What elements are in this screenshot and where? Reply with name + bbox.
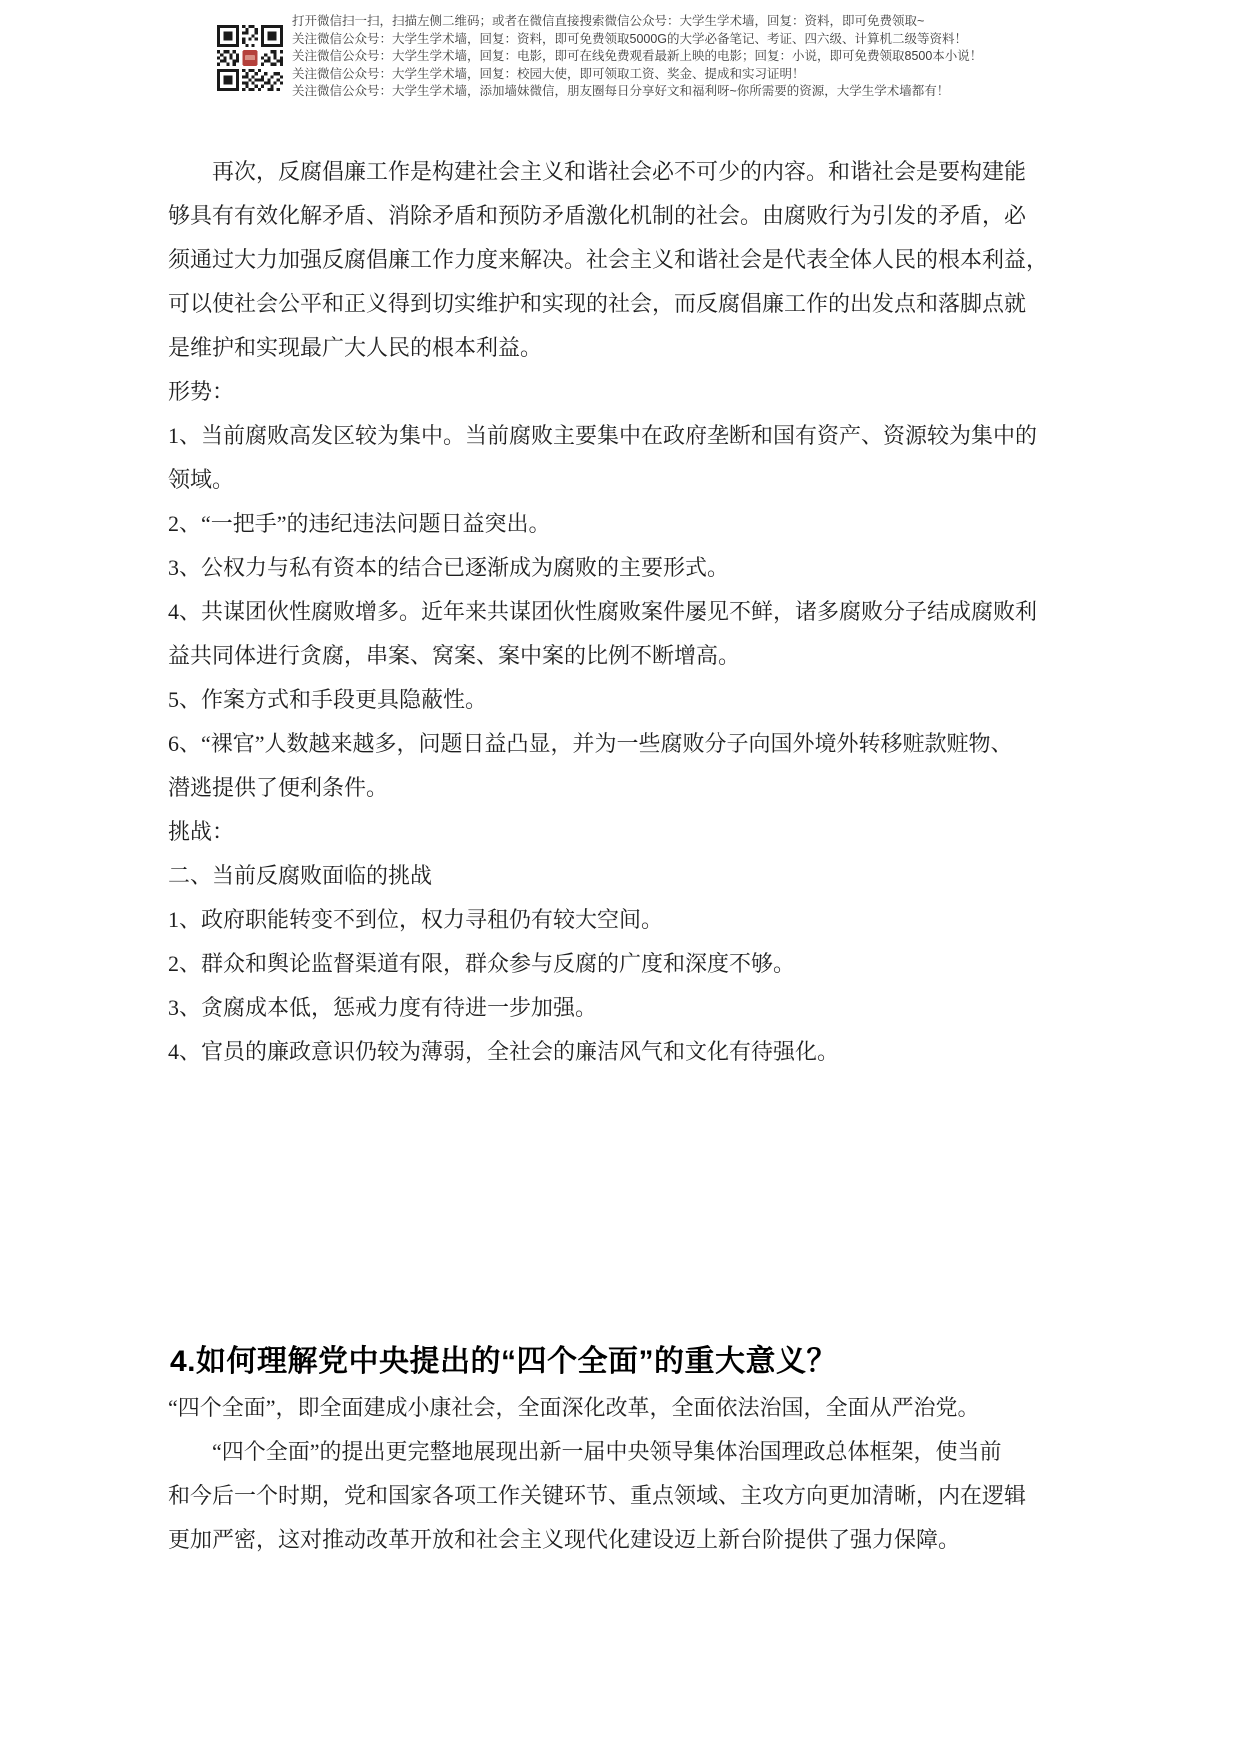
body-line: 再次，反腐倡廉工作是构建社会主义和谐社会必不可少的内容。和谐社会是要构建能 xyxy=(168,150,1083,194)
body-line: 够具有有效化解矛盾、消除矛盾和预防矛盾激化机制的社会。由腐败行为引发的矛盾，必 xyxy=(168,194,1083,238)
body-line: 须通过大力加强反腐倡廉工作力度来解决。社会主义和谐社会是代表全体人民的根本利益， xyxy=(168,238,1083,282)
body-text-block: 再次，反腐倡廉工作是构建社会主义和谐社会必不可少的内容。和谐社会是要构建能 够具… xyxy=(168,150,1083,1074)
body-line-list-item: 1、当前腐败高发区较为集中。当前腐败主要集中在政府垄断和国有资产、资源较为集中的 xyxy=(168,414,1083,458)
body-line: 是维护和实现最广大人民的根本利益。 xyxy=(168,326,1083,370)
body-line-list-item: 3、贪腐成本低，惩戒力度有待进一步加强。 xyxy=(168,986,1083,1030)
body-line-list-item: 2、“一把手”的违纪违法问题日益突出。 xyxy=(168,502,1083,546)
header-promo-line: 关注微信公众号：大学生学术墙，回复：校园大使，即可领取工资、奖金、提成和实习证明… xyxy=(292,66,1092,84)
body-line-list-item: 4、共谋团伙性腐败增多。近年来共谋团伙性腐败案件屡见不鲜，诸多腐败分子结成腐败利 xyxy=(168,590,1083,634)
body-line: 潜逃提供了便利条件。 xyxy=(168,766,1083,810)
wechat-qr-code-icon xyxy=(217,14,283,102)
header-promo-line: 关注微信公众号：大学生学术墙，回复：资料，即可免费领取5000G的大学必备笔记、… xyxy=(292,31,1092,49)
body-line-list-item: 3、公权力与私有资本的结合已逐渐成为腐败的主要形式。 xyxy=(168,546,1083,590)
body-line: 益共同体进行贪腐，串案、窝案、案中案的比例不断增高。 xyxy=(168,634,1083,678)
document-page: 打开微信扫一扫，扫描左侧二维码；或者在微信直接搜索微信公众号：大学生学术墙，回复… xyxy=(0,0,1240,1755)
body-line-list-item: 2、群众和舆论监督渠道有限，群众参与反腐的广度和深度不够。 xyxy=(168,942,1083,986)
header-promo-lines: 打开微信扫一扫，扫描左侧二维码；或者在微信直接搜索微信公众号：大学生学术墙，回复… xyxy=(292,13,1092,101)
body-line: 领域。 xyxy=(168,458,1083,502)
body-line-subheading: 二、当前反腐败面临的挑战 xyxy=(168,854,1083,898)
section-text-block: “四个全面”，即全面建成小康社会，全面深化改革，全面依法治国，全面从严治党。 “… xyxy=(168,1386,1098,1562)
header-promo-line: 关注微信公众号：大学生学术墙，回复：电影，即可在线免费观看最新上映的电影；回复：… xyxy=(292,48,1092,66)
body-line-situation-label: 形势： xyxy=(168,370,1083,414)
section-line: 和今后一个时期，党和国家各项工作关键环节、重点领域、主攻方向更加清晰，内在逻辑 xyxy=(168,1474,1098,1518)
section-line: “四个全面”的提出更完整地展现出新一届中央领导集体治国理政总体框架，使当前 xyxy=(168,1430,1098,1474)
section-line: 更加严密，这对推动改革开放和社会主义现代化建设迈上新台阶提供了强力保障。 xyxy=(168,1518,1098,1562)
body-line-list-item: 1、政府职能转变不到位，权力寻租仍有较大空间。 xyxy=(168,898,1083,942)
body-line-list-item: 4、官员的廉政意识仍较为薄弱，全社会的廉洁风气和文化有待强化。 xyxy=(168,1030,1083,1074)
body-line-list-item: 6、“裸官”人数越来越多，问题日益凸显，并为一些腐败分子向国外境外转移赃款赃物、 xyxy=(168,722,1083,766)
body-line-challenge-label: 挑战： xyxy=(168,810,1083,854)
section-line: “四个全面”，即全面建成小康社会，全面深化改革，全面依法治国，全面从严治党。 xyxy=(168,1386,1098,1430)
body-line-list-item: 5、作案方式和手段更具隐蔽性。 xyxy=(168,678,1083,722)
body-line: 可以使社会公平和正义得到切实维护和实现的社会，而反腐倡廉工作的出发点和落脚点就 xyxy=(168,282,1083,326)
page-header: 打开微信扫一扫，扫描左侧二维码；或者在微信直接搜索微信公众号：大学生学术墙，回复… xyxy=(0,0,1240,110)
header-promo-line: 打开微信扫一扫，扫描左侧二维码；或者在微信直接搜索微信公众号：大学生学术墙，回复… xyxy=(292,13,1092,31)
section-heading: 4.如何理解党中央提出的“四个全面”的重大意义？ xyxy=(170,1336,1170,1380)
header-promo-line: 关注微信公众号：大学生学术墙，添加墙妹微信，朋友圈每日分享好文和福利呀~你所需要… xyxy=(292,83,1092,101)
